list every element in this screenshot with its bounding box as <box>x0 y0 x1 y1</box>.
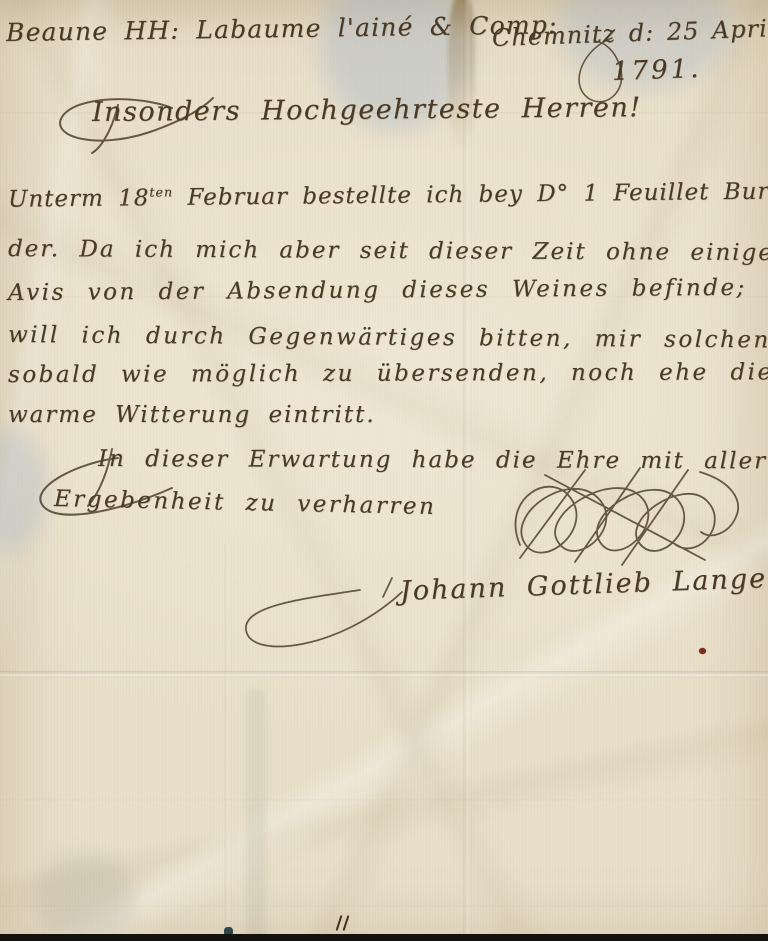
body-line-4: will ich durch Gegenwärtiges bitten, mir… <box>8 322 768 353</box>
closing-line-1: In dieser Erwartung habe die Ehre mit al… <box>98 446 767 474</box>
ordinal-superscript: ten <box>149 184 173 199</box>
body-line-6: warme Witterung eintritt. <box>8 402 376 428</box>
body-line-1-text: Unterm 18 <box>8 185 150 212</box>
body-line-2: der. Da ich mich aber seit dieser Zeit o… <box>8 236 768 266</box>
vertical-fold-left-lower <box>224 545 232 941</box>
bleedthrough-stain-left-edge <box>0 428 47 553</box>
body-line-1-rest: Februar bestellte ich bey D° 1 Feuillet … <box>173 178 768 211</box>
scan-edge-bottom <box>0 934 768 941</box>
signature-lead-swash <box>246 578 402 646</box>
signature-line: Johann Gottlieb Lange <box>399 563 767 607</box>
cutoff-ink-stroke-1 <box>336 915 343 931</box>
year-line: 1791. <box>611 54 701 87</box>
letter-page: Beaune HH: Labaume l'ainé & Comp: Chemni… <box>0 0 768 941</box>
red-wax-speck <box>699 648 706 654</box>
recipient-line: Beaune HH: Labaume l'ainé & Comp: <box>6 10 558 47</box>
smudge-bottom-left <box>35 852 135 940</box>
cutoff-ink-mark-bottom <box>338 915 354 935</box>
gray-streak-lower-left <box>246 690 266 941</box>
cutoff-ink-stroke-2 <box>343 915 350 931</box>
horizontal-fold-main <box>0 671 768 678</box>
signature-paraph-scribble <box>516 468 739 565</box>
body-line-3: Avis von der Absendung dieses Weines bef… <box>8 274 768 306</box>
horizontal-crease-4 <box>0 905 768 909</box>
body-line-1: Unterm 18ten Februar bestellte ich bey D… <box>8 177 768 212</box>
body-line-5: sobald wie möglich zu übersenden, noch e… <box>8 359 768 388</box>
closing-line-2: Ergebenheit zu verharren <box>54 486 437 520</box>
salutation-line: Insonders Hochgeehrteste Herren! <box>92 92 642 128</box>
horizontal-crease-3 <box>0 799 768 803</box>
